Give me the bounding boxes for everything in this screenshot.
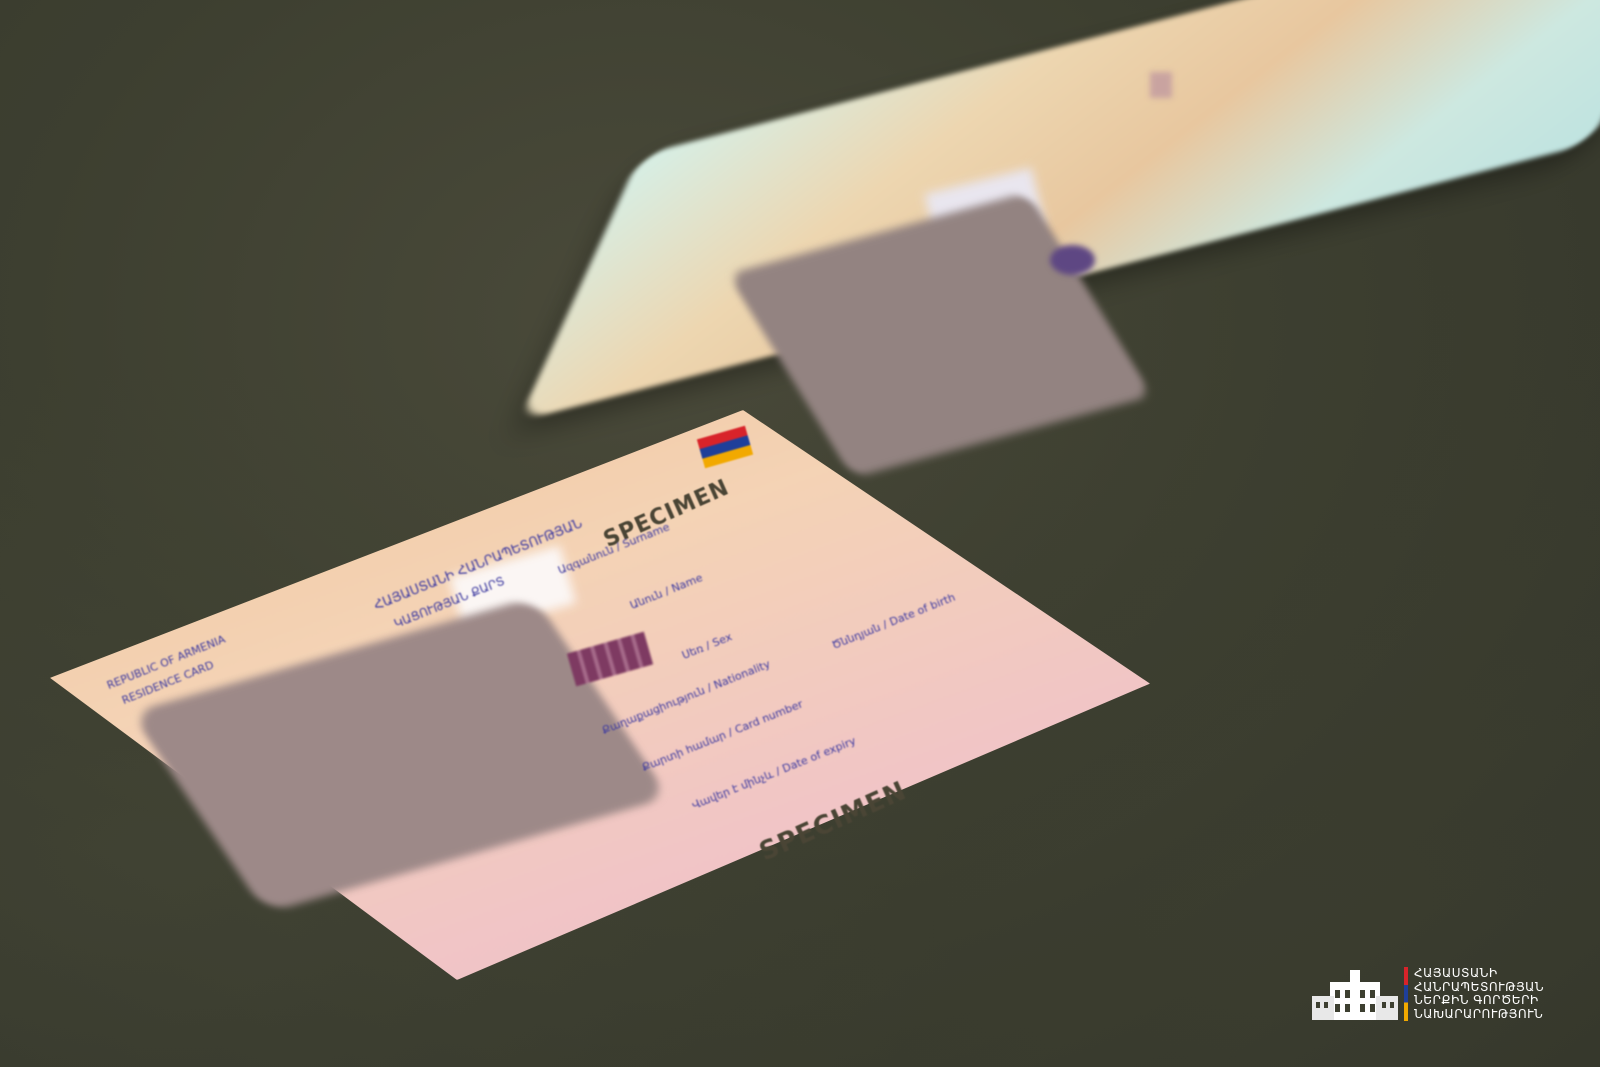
government-building-icon xyxy=(1312,966,1398,1022)
logo-line-3: ՆԵՐՔԻՆ ԳՈՐԾԵՐԻ xyxy=(1414,994,1544,1008)
ministry-logo: ՀԱՅԱՍՏԱՆԻ ՀԱՆՐԱՊԵՏՈՒԹՅԱՆ ՆԵՐՔԻՆ ԳՈՐԾԵՐԻ … xyxy=(1312,966,1544,1022)
flag-stripe-icon xyxy=(1404,967,1408,1021)
back-card-emblem-icon xyxy=(1050,245,1095,275)
logo-line-4: ՆԱԽԱՐԱՐՈՒԹՅՈՒՆ xyxy=(1414,1008,1544,1022)
logo-line-1: ՀԱՅԱՍՏԱՆԻ xyxy=(1414,967,1544,981)
back-card-flag-icon xyxy=(1150,72,1172,98)
logo-line-2: ՀԱՆՐԱՊԵՏՈՒԹՅԱՆ xyxy=(1414,981,1544,995)
